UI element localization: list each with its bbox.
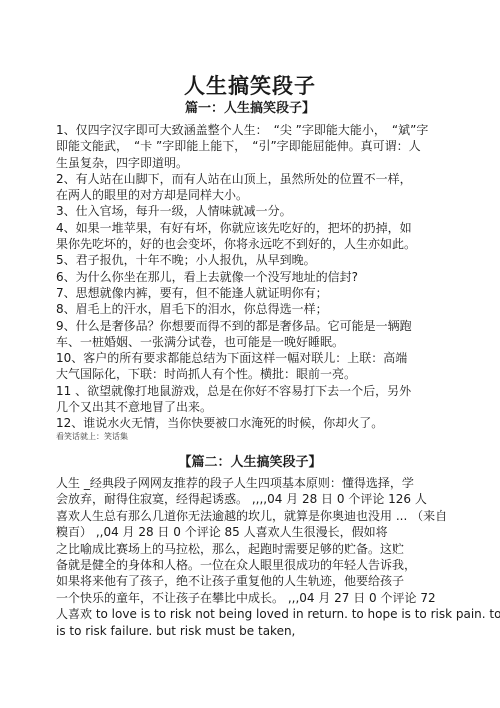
- text-line: 3、仕入官场，每升一级，人情味就减一分。: [56, 203, 446, 219]
- text-line: 人生 _经典段子网网友推荐的段子人生四项基本原则：懂得选择，学: [56, 475, 456, 491]
- text-line: 6、为什么你坐在那儿，看上去就像一个没写地址的信封?: [56, 269, 446, 285]
- source-note: 看笑话就上：笑话集: [56, 431, 128, 442]
- text-line: 生虽复杂，四字即道明。: [56, 155, 446, 171]
- text-line: 大气国际化，下联：时尚抓人有个性。横批：眼前一亮。: [56, 366, 446, 382]
- text-line: 5、君子报仇，十年不晚；小人报仇，从早到晚。: [56, 252, 446, 268]
- text-line: 一个快乐的童年，不让孩子在攀比中成长。 ,,,04 月 27 日 0 个评论 7…: [56, 590, 456, 606]
- text-line: 7、思想就像内裤，要有，但不能逢人就证明你有；: [56, 285, 446, 301]
- text-line: 备就是健全的身体和人格。一位在众人眼里很成功的年轻人告诉我，: [56, 557, 456, 573]
- text-line: is to risk failure. but risk must be tak…: [56, 623, 456, 639]
- text-line: 8、眉毛上的汗水，眉毛下的泪水，你总得选一样；: [56, 301, 446, 317]
- text-line: 1、仅四字汉字即可大致涵盖整个人生： “尖 ”字即能大能小， “斌”字: [56, 122, 446, 138]
- text-line: 2、有人站在山脚下，而有人站在山顶上，虽然所处的位置不一样，: [56, 171, 446, 187]
- section2-heading: 【篇二：人生搞笑段子】: [0, 451, 500, 470]
- text-line: 即能文能武， “卡 ”字即能上能下， “引”字即能屈能伸。真可谓：人: [56, 138, 446, 154]
- text-line: 喜欢人生总有那么几道你无法逾越的坎儿，就算是你奥迪也没用 ... （来自: [56, 508, 456, 524]
- text-line: 会放弃，耐得住寂寞，经得起诱惑。 ,,,,04 月 28 日 0 个评论 126…: [56, 491, 456, 507]
- text-line: 10、客户的所有要求都能总结为下面这样一幅对联儿：上联：高端: [56, 350, 446, 366]
- text-line: 糗百） ,,04 月 28 日 0 个评论 85 人喜欢人生很漫长，假如将: [56, 524, 456, 540]
- text-line: 在两人的眼里的对方却是同样大小。: [56, 187, 446, 203]
- text-line: 11 、欲望就像打地鼠游戏，总是在你好不容易打下去一个后，另外: [56, 383, 446, 399]
- section1-heading: 篇一：人生搞笑段子】: [0, 97, 500, 116]
- text-line: 车、一桩婚姻、一张满分试卷，也可能是一晚好睡眠。: [56, 334, 446, 350]
- text-line: 4、如果一堆苹果，有好有坏，你就应该先吃好的，把坏的扔掉，如: [56, 220, 446, 236]
- section2-body: 人生 _经典段子网网友推荐的段子人生四项基本原则：懂得选择，学 会放弃，耐得住寂…: [56, 475, 456, 639]
- text-line: 果你先吃坏的，好的也会变坏，你将永远吃不到好的，人生亦如此。: [56, 236, 446, 252]
- document-title: 人生搞笑段子: [0, 70, 500, 100]
- text-line: 9、什么是奢侈品？你想要而得不到的都是奢侈品。它可能是一辆跑: [56, 318, 446, 334]
- section1-body: 1、仅四字汉字即可大致涵盖整个人生： “尖 ”字即能大能小， “斌”字 即能文能…: [56, 122, 446, 432]
- text-line: 人喜欢 to love is to risk not being loved i…: [56, 606, 456, 622]
- text-line: 几个又出其不意地冒了出来。: [56, 399, 446, 415]
- text-line: 12、谁说水火无情，当你快要被口水淹死的时候，你却火了。: [56, 415, 446, 431]
- text-line: 如果将来他有了孩子，绝不让孩子重复他的人生轨迹，他要给孩子: [56, 573, 456, 589]
- text-line: 之比喻成比赛场上的马拉松，那么，起跑时需要足够的贮备。这贮: [56, 541, 456, 557]
